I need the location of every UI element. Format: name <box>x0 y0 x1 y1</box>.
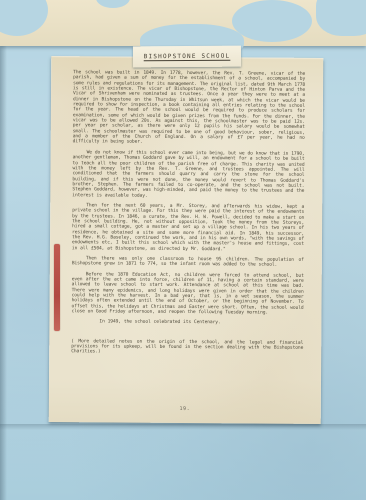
paragraph: The school was built in 1849. In 1778, h… <box>73 70 306 146</box>
paragraph: Then there was only one classroom to hou… <box>72 256 304 268</box>
scrapbook-page: The school was built in 1849. In 1778, h… <box>0 0 366 500</box>
document-title: BISHOPSTONE SCHOOL <box>144 53 231 61</box>
document-text: The school was built in 1849. In 1778, h… <box>71 70 305 361</box>
torn-paper-top <box>0 0 366 46</box>
paper-edge-shadow <box>0 424 366 430</box>
page-number: 19. <box>180 406 191 412</box>
paper-tear-gap <box>96 0 130 8</box>
title-slip: BISHOPSTONE SCHOOL <box>133 46 241 68</box>
footnote: ( More detailed notes on the origin of t… <box>71 339 303 357</box>
centenary-line: In 1949, the school celebrated its Cente… <box>71 320 303 327</box>
paragraph: Before the 1870 Education Act, no childr… <box>71 272 303 316</box>
typed-document: The school was built in 1849. In 1778, h… <box>49 56 324 424</box>
paper-tear-gap <box>316 0 366 36</box>
paragraph: We do not know if this school ever came … <box>72 150 304 200</box>
paper-tear-gap <box>0 0 48 36</box>
red-ink-mark <box>54 244 60 331</box>
paragraph: Then for the next 60 years, a Mr. Storey… <box>72 203 304 253</box>
paper-tear-gap <box>232 0 312 42</box>
